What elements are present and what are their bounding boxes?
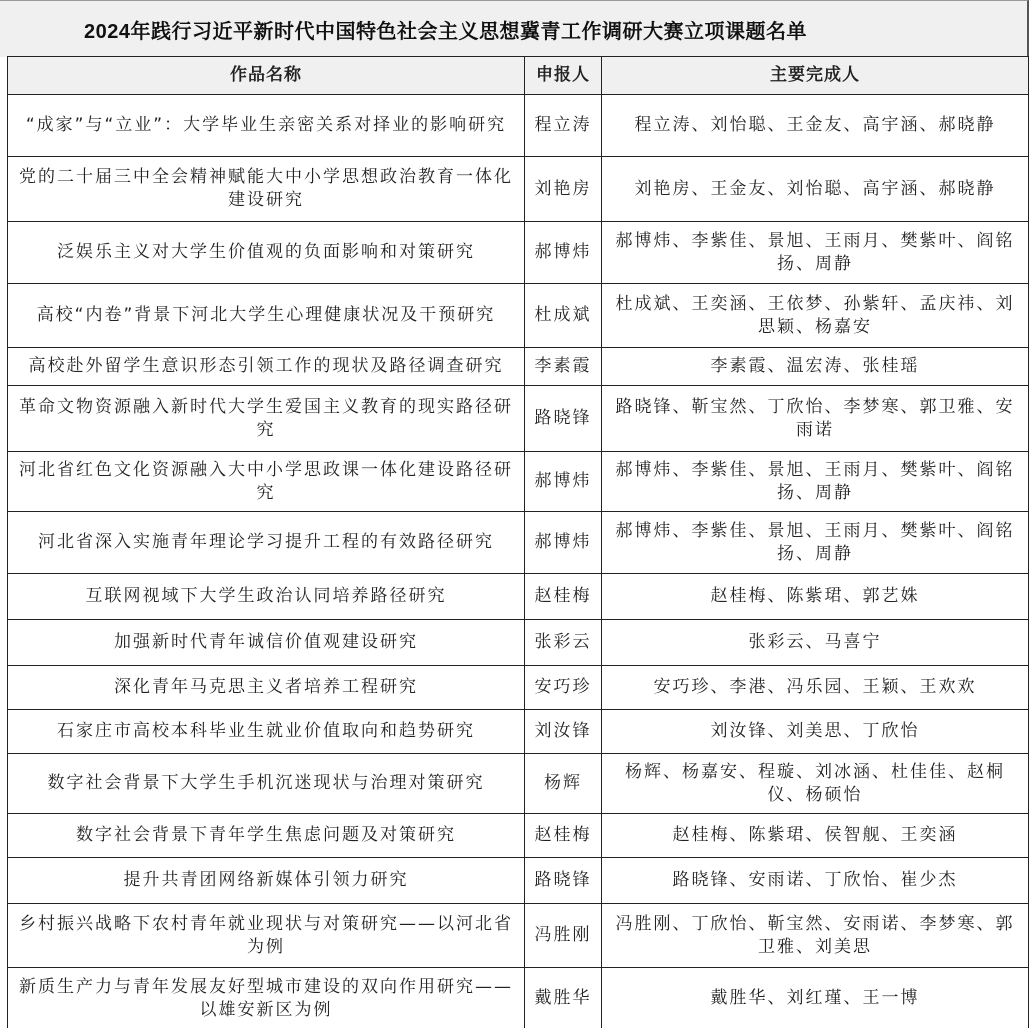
applicant-cell: 赵桂梅: [525, 574, 602, 620]
table-row: 泛娱乐主义对大学生价值观的负面影响和对策研究郝博炜郝博炜、李紫佳、景旭、王雨月、…: [8, 222, 1029, 284]
applicant-cell: 戴胜华: [525, 968, 602, 1028]
members-cell: 刘艳房、王金友、刘怡聪、高宇涵、郝晓静: [602, 157, 1029, 222]
table-row: 深化青年马克思主义者培养工程研究安巧珍安巧珍、李港、冯乐园、王颖、王欢欢: [8, 666, 1029, 710]
members-cell: 郝博炜、李紫佳、景旭、王雨月、樊紫叶、阎铭扬、周静: [602, 222, 1029, 284]
members-cell: 路晓锋、靳宝然、丁欣怡、李梦寒、郭卫雅、安雨诺: [602, 386, 1029, 452]
members-cell: 冯胜刚、丁欣怡、靳宝然、安雨诺、李梦寒、郭卫雅、刘美思: [602, 904, 1029, 968]
project-title-cell: 河北省深入实施青年理论学习提升工程的有效路径研究: [8, 512, 525, 574]
members-cell: 李素霞、温宏涛、张桂瑶: [602, 348, 1029, 386]
table-row: 河北省红色文化资源融入大中小学思政课一体化建设路径研究郝博炜郝博炜、李紫佳、景旭…: [8, 452, 1029, 512]
table-row: 石家庄市高校本科毕业生就业价值取向和趋势研究刘汝锋刘汝锋、刘美思、丁欣怡: [8, 710, 1029, 754]
members-cell: 路晓锋、安雨诺、丁欣怡、崔少杰: [602, 858, 1029, 904]
table-row: 党的二十届三中全会精神赋能大中小学思想政治教育一体化建设研究刘艳房刘艳房、王金友…: [8, 157, 1029, 222]
applicant-cell: 杜成斌: [525, 284, 602, 348]
project-title-cell: 高校赴外留学生意识形态引领工作的现状及路径调查研究: [8, 348, 525, 386]
applicant-cell: 李素霞: [525, 348, 602, 386]
table-row: 乡村振兴战略下农村青年就业现状与对策研究——以河北省为例冯胜刚冯胜刚、丁欣怡、靳…: [8, 904, 1029, 968]
project-title-cell: 互联网视域下大学生政治认同培养路径研究: [8, 574, 525, 620]
header-members: 主要完成人: [602, 57, 1029, 95]
project-title-cell: 石家庄市高校本科毕业生就业价值取向和趋势研究: [8, 710, 525, 754]
table-row: 提升共青团网络新媒体引领力研究路晓锋路晓锋、安雨诺、丁欣怡、崔少杰: [8, 858, 1029, 904]
members-cell: 张彩云、马喜宁: [602, 620, 1029, 666]
applicant-cell: 郝博炜: [525, 452, 602, 512]
table-row: 河北省深入实施青年理论学习提升工程的有效路径研究郝博炜郝博炜、李紫佳、景旭、王雨…: [8, 512, 1029, 574]
applicant-cell: 郝博炜: [525, 512, 602, 574]
members-cell: 安巧珍、李港、冯乐园、王颖、王欢欢: [602, 666, 1029, 710]
header-applicant: 申报人: [525, 57, 602, 95]
project-title-cell: 深化青年马克思主义者培养工程研究: [8, 666, 525, 710]
table-row: 加强新时代青年诚信价值观建设研究张彩云张彩云、马喜宁: [8, 620, 1029, 666]
project-title-cell: 革命文物资源融入新时代大学生爱国主义教育的现实路径研究: [8, 386, 525, 452]
table-header-row: 作品名称 申报人 主要完成人: [8, 57, 1029, 95]
applicant-cell: 路晓锋: [525, 386, 602, 452]
applicant-cell: 刘汝锋: [525, 710, 602, 754]
title-bar: 2024年践行习近平新时代中国特色社会主义思想冀青工作调研大赛立项课题名单: [0, 0, 1029, 57]
project-title-cell: 加强新时代青年诚信价值观建设研究: [8, 620, 525, 666]
applicant-cell: 张彩云: [525, 620, 602, 666]
header-project-title: 作品名称: [8, 57, 525, 95]
project-title-cell: 提升共青团网络新媒体引领力研究: [8, 858, 525, 904]
members-cell: 赵桂梅、陈紫珺、侯智舰、王奕涵: [602, 814, 1029, 858]
projects-table: 作品名称 申报人 主要完成人 “成家”与“立业”：大学毕业生亲密关系对择业的影响…: [7, 56, 1029, 1028]
project-title-cell: 河北省红色文化资源融入大中小学思政课一体化建设路径研究: [8, 452, 525, 512]
members-cell: 赵桂梅、陈紫珺、郭艺姝: [602, 574, 1029, 620]
applicant-cell: 赵桂梅: [525, 814, 602, 858]
project-title-cell: 数字社会背景下青年学生焦虑问题及对策研究: [8, 814, 525, 858]
members-cell: 杨辉、杨嘉安、程璇、刘冰涵、杜佳佳、赵桐仪、杨硕怡: [602, 754, 1029, 814]
applicant-cell: 程立涛: [525, 95, 602, 157]
table-row: 互联网视域下大学生政治认同培养路径研究赵桂梅赵桂梅、陈紫珺、郭艺姝: [8, 574, 1029, 620]
page-title: 2024年践行习近平新时代中国特色社会主义思想冀青工作调研大赛立项课题名单: [84, 15, 807, 44]
members-cell: 程立涛、刘怡聪、王金友、高宇涵、郝晓静: [602, 95, 1029, 157]
table-row: 高校“内卷”背景下河北大学生心理健康状况及干预研究杜成斌杜成斌、王奕涵、王依梦、…: [8, 284, 1029, 348]
project-title-cell: 党的二十届三中全会精神赋能大中小学思想政治教育一体化建设研究: [8, 157, 525, 222]
table-row: 数字社会背景下青年学生焦虑问题及对策研究赵桂梅赵桂梅、陈紫珺、侯智舰、王奕涵: [8, 814, 1029, 858]
project-title-cell: 高校“内卷”背景下河北大学生心理健康状况及干预研究: [8, 284, 525, 348]
project-title-cell: 泛娱乐主义对大学生价值观的负面影响和对策研究: [8, 222, 525, 284]
applicant-cell: 杨辉: [525, 754, 602, 814]
table-row: “成家”与“立业”：大学毕业生亲密关系对择业的影响研究程立涛程立涛、刘怡聪、王金…: [8, 95, 1029, 157]
table-row: 数字社会背景下大学生手机沉迷现状与治理对策研究杨辉杨辉、杨嘉安、程璇、刘冰涵、杜…: [8, 754, 1029, 814]
members-cell: 戴胜华、刘红瑾、王一博: [602, 968, 1029, 1028]
applicant-cell: 冯胜刚: [525, 904, 602, 968]
project-title-cell: 乡村振兴战略下农村青年就业现状与对策研究——以河北省为例: [8, 904, 525, 968]
project-title-cell: “成家”与“立业”：大学毕业生亲密关系对择业的影响研究: [8, 95, 525, 157]
applicant-cell: 安巧珍: [525, 666, 602, 710]
project-title-cell: 新质生产力与青年发展友好型城市建设的双向作用研究——以雄安新区为例: [8, 968, 525, 1028]
table-row: 新质生产力与青年发展友好型城市建设的双向作用研究——以雄安新区为例戴胜华戴胜华、…: [8, 968, 1029, 1028]
applicant-cell: 路晓锋: [525, 858, 602, 904]
applicant-cell: 郝博炜: [525, 222, 602, 284]
members-cell: 刘汝锋、刘美思、丁欣怡: [602, 710, 1029, 754]
members-cell: 杜成斌、王奕涵、王依梦、孙紫轩、孟庆祎、刘思颖、杨嘉安: [602, 284, 1029, 348]
members-cell: 郝博炜、李紫佳、景旭、王雨月、樊紫叶、阎铭扬、周静: [602, 452, 1029, 512]
applicant-cell: 刘艳房: [525, 157, 602, 222]
members-cell: 郝博炜、李紫佳、景旭、王雨月、樊紫叶、阎铭扬、周静: [602, 512, 1029, 574]
project-title-cell: 数字社会背景下大学生手机沉迷现状与治理对策研究: [8, 754, 525, 814]
table-row: 高校赴外留学生意识形态引领工作的现状及路径调查研究李素霞李素霞、温宏涛、张桂瑶: [8, 348, 1029, 386]
table-row: 革命文物资源融入新时代大学生爱国主义教育的现实路径研究路晓锋路晓锋、靳宝然、丁欣…: [8, 386, 1029, 452]
